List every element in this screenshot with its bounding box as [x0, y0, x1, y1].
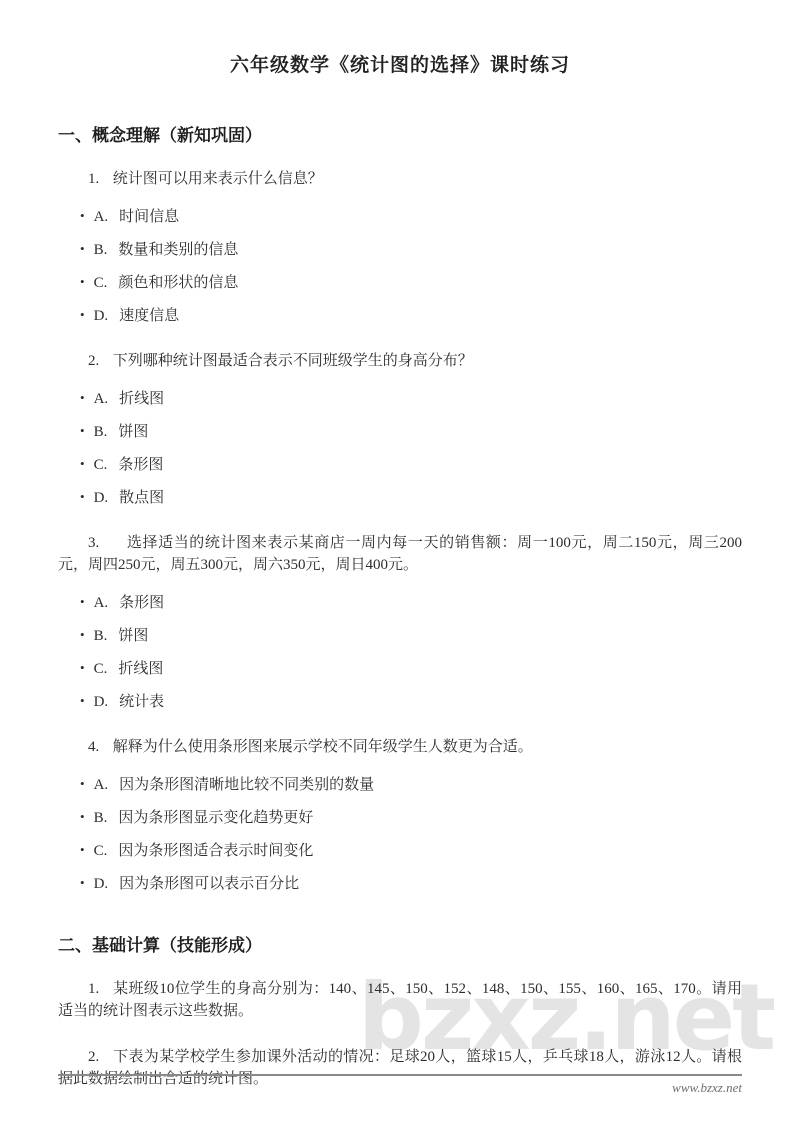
option-label: C.: [94, 275, 108, 291]
option-row: D.散点图: [80, 487, 742, 508]
option-row: D.速度信息: [80, 305, 742, 326]
question-text: 统计图可以用来表示什么信息？: [113, 171, 323, 187]
option-text: 因为条形图显示变化趋势更好: [118, 810, 313, 826]
question-number: 2.: [88, 1049, 99, 1065]
option-text: 折线图: [119, 391, 164, 407]
option-row: C.折线图: [80, 658, 742, 679]
bullet-icon: [80, 457, 85, 473]
question-1: 1.统计图可以用来表示什么信息？: [58, 168, 742, 190]
bullet-icon: [80, 843, 85, 859]
bullet-icon: [80, 242, 85, 258]
bullet-icon: [80, 777, 85, 793]
question-text: 某班级10位学生的身高分别为：140、145、150、152、148、150、1…: [58, 981, 742, 1019]
option-label: C.: [94, 843, 108, 859]
option-text: 折线图: [118, 661, 163, 677]
option-label: B.: [94, 628, 108, 644]
option-label: A.: [94, 391, 109, 407]
option-text: 饼图: [118, 424, 148, 440]
option-label: D.: [94, 308, 109, 324]
option-text: 饼图: [118, 628, 148, 644]
option-row: A.时间信息: [80, 206, 742, 227]
bullet-icon: [80, 424, 85, 440]
option-label: A.: [94, 777, 109, 793]
option-row: D.因为条形图可以表示百分比: [80, 873, 742, 894]
option-text: 条形图: [118, 457, 163, 473]
question-number: 1.: [88, 981, 99, 997]
option-label: B.: [94, 810, 108, 826]
option-row: C.条形图: [80, 454, 742, 475]
option-label: C.: [94, 661, 108, 677]
bullet-icon: [80, 209, 85, 225]
bullet-icon: [80, 490, 85, 506]
option-row: A.折线图: [80, 388, 742, 409]
option-row: A.因为条形图清晰地比较不同类别的数量: [80, 774, 742, 795]
option-text: 因为条形图清晰地比较不同类别的数量: [119, 777, 374, 793]
option-label: D.: [94, 876, 109, 892]
option-row: B.饼图: [80, 421, 742, 442]
bullet-icon: [80, 810, 85, 826]
option-text: 因为条形图可以表示百分比: [119, 876, 299, 892]
question-text: 解释为什么使用条形图来展示学校不同年级学生人数更为合适。: [113, 739, 533, 755]
question-text: 选择适当的统计图来表示某商店一周内每一天的销售额：周一100元，周二150元，周…: [58, 535, 742, 573]
bullet-icon: [80, 595, 85, 611]
bullet-icon: [80, 308, 85, 324]
worksheet-page: bzxz.net 六年级数学《统计图的选择》课时练习 一、概念理解（新知巩固） …: [0, 0, 800, 1130]
page-footer: www.bzxz.net: [58, 1074, 742, 1096]
option-row: B.因为条形图显示变化趋势更好: [80, 807, 742, 828]
question-number: 2.: [88, 353, 99, 369]
question-number: 4.: [88, 739, 99, 755]
bullet-icon: [80, 275, 85, 291]
option-label: A.: [94, 209, 109, 225]
question-4: 4.解释为什么使用条形图来展示学校不同年级学生人数更为合适。: [58, 736, 742, 758]
option-label: C.: [94, 457, 108, 473]
option-label: B.: [94, 424, 108, 440]
option-label: D.: [94, 694, 109, 710]
option-row: C.颜色和形状的信息: [80, 272, 742, 293]
bullet-icon: [80, 694, 85, 710]
option-label: D.: [94, 490, 109, 506]
question-text: 下列哪种统计图最适合表示不同班级学生的身高分布？: [113, 353, 473, 369]
option-text: 数量和类别的信息: [118, 242, 238, 258]
option-label: B.: [94, 242, 108, 258]
section-1-heading: 一、概念理解（新知巩固）: [58, 124, 742, 148]
page-title: 六年级数学《统计图的选择》课时练习: [58, 52, 742, 80]
footer-divider: [58, 1074, 742, 1076]
question-2: 2.下列哪种统计图最适合表示不同班级学生的身高分布？: [58, 350, 742, 372]
option-row: D.统计表: [80, 691, 742, 712]
footer-url: www.bzxz.net: [58, 1080, 742, 1096]
option-row: B.数量和类别的信息: [80, 239, 742, 260]
question-3: 3.选择适当的统计图来表示某商店一周内每一天的销售额：周一100元，周二150元…: [58, 532, 742, 576]
option-label: A.: [94, 595, 109, 611]
section-2-heading: 二、基础计算（技能形成）: [58, 934, 742, 958]
option-row: C.因为条形图适合表示时间变化: [80, 840, 742, 861]
question-number: 3.: [88, 535, 99, 551]
option-text: 因为条形图适合表示时间变化: [118, 843, 313, 859]
worksheet-content: 六年级数学《统计图的选择》课时练习 一、概念理解（新知巩固） 1.统计图可以用来…: [0, 0, 800, 1090]
option-text: 速度信息: [119, 308, 179, 324]
option-text: 时间信息: [119, 209, 179, 225]
option-row: B.饼图: [80, 625, 742, 646]
bullet-icon: [80, 628, 85, 644]
question-number: 1.: [88, 171, 99, 187]
option-text: 散点图: [119, 490, 164, 506]
option-row: A.条形图: [80, 592, 742, 613]
bullet-icon: [80, 661, 85, 677]
option-text: 条形图: [119, 595, 164, 611]
bullet-icon: [80, 876, 85, 892]
option-text: 统计表: [119, 694, 164, 710]
option-text: 颜色和形状的信息: [118, 275, 238, 291]
question-s2-1: 1.某班级10位学生的身高分别为：140、145、150、152、148、150…: [58, 978, 742, 1022]
bullet-icon: [80, 391, 85, 407]
